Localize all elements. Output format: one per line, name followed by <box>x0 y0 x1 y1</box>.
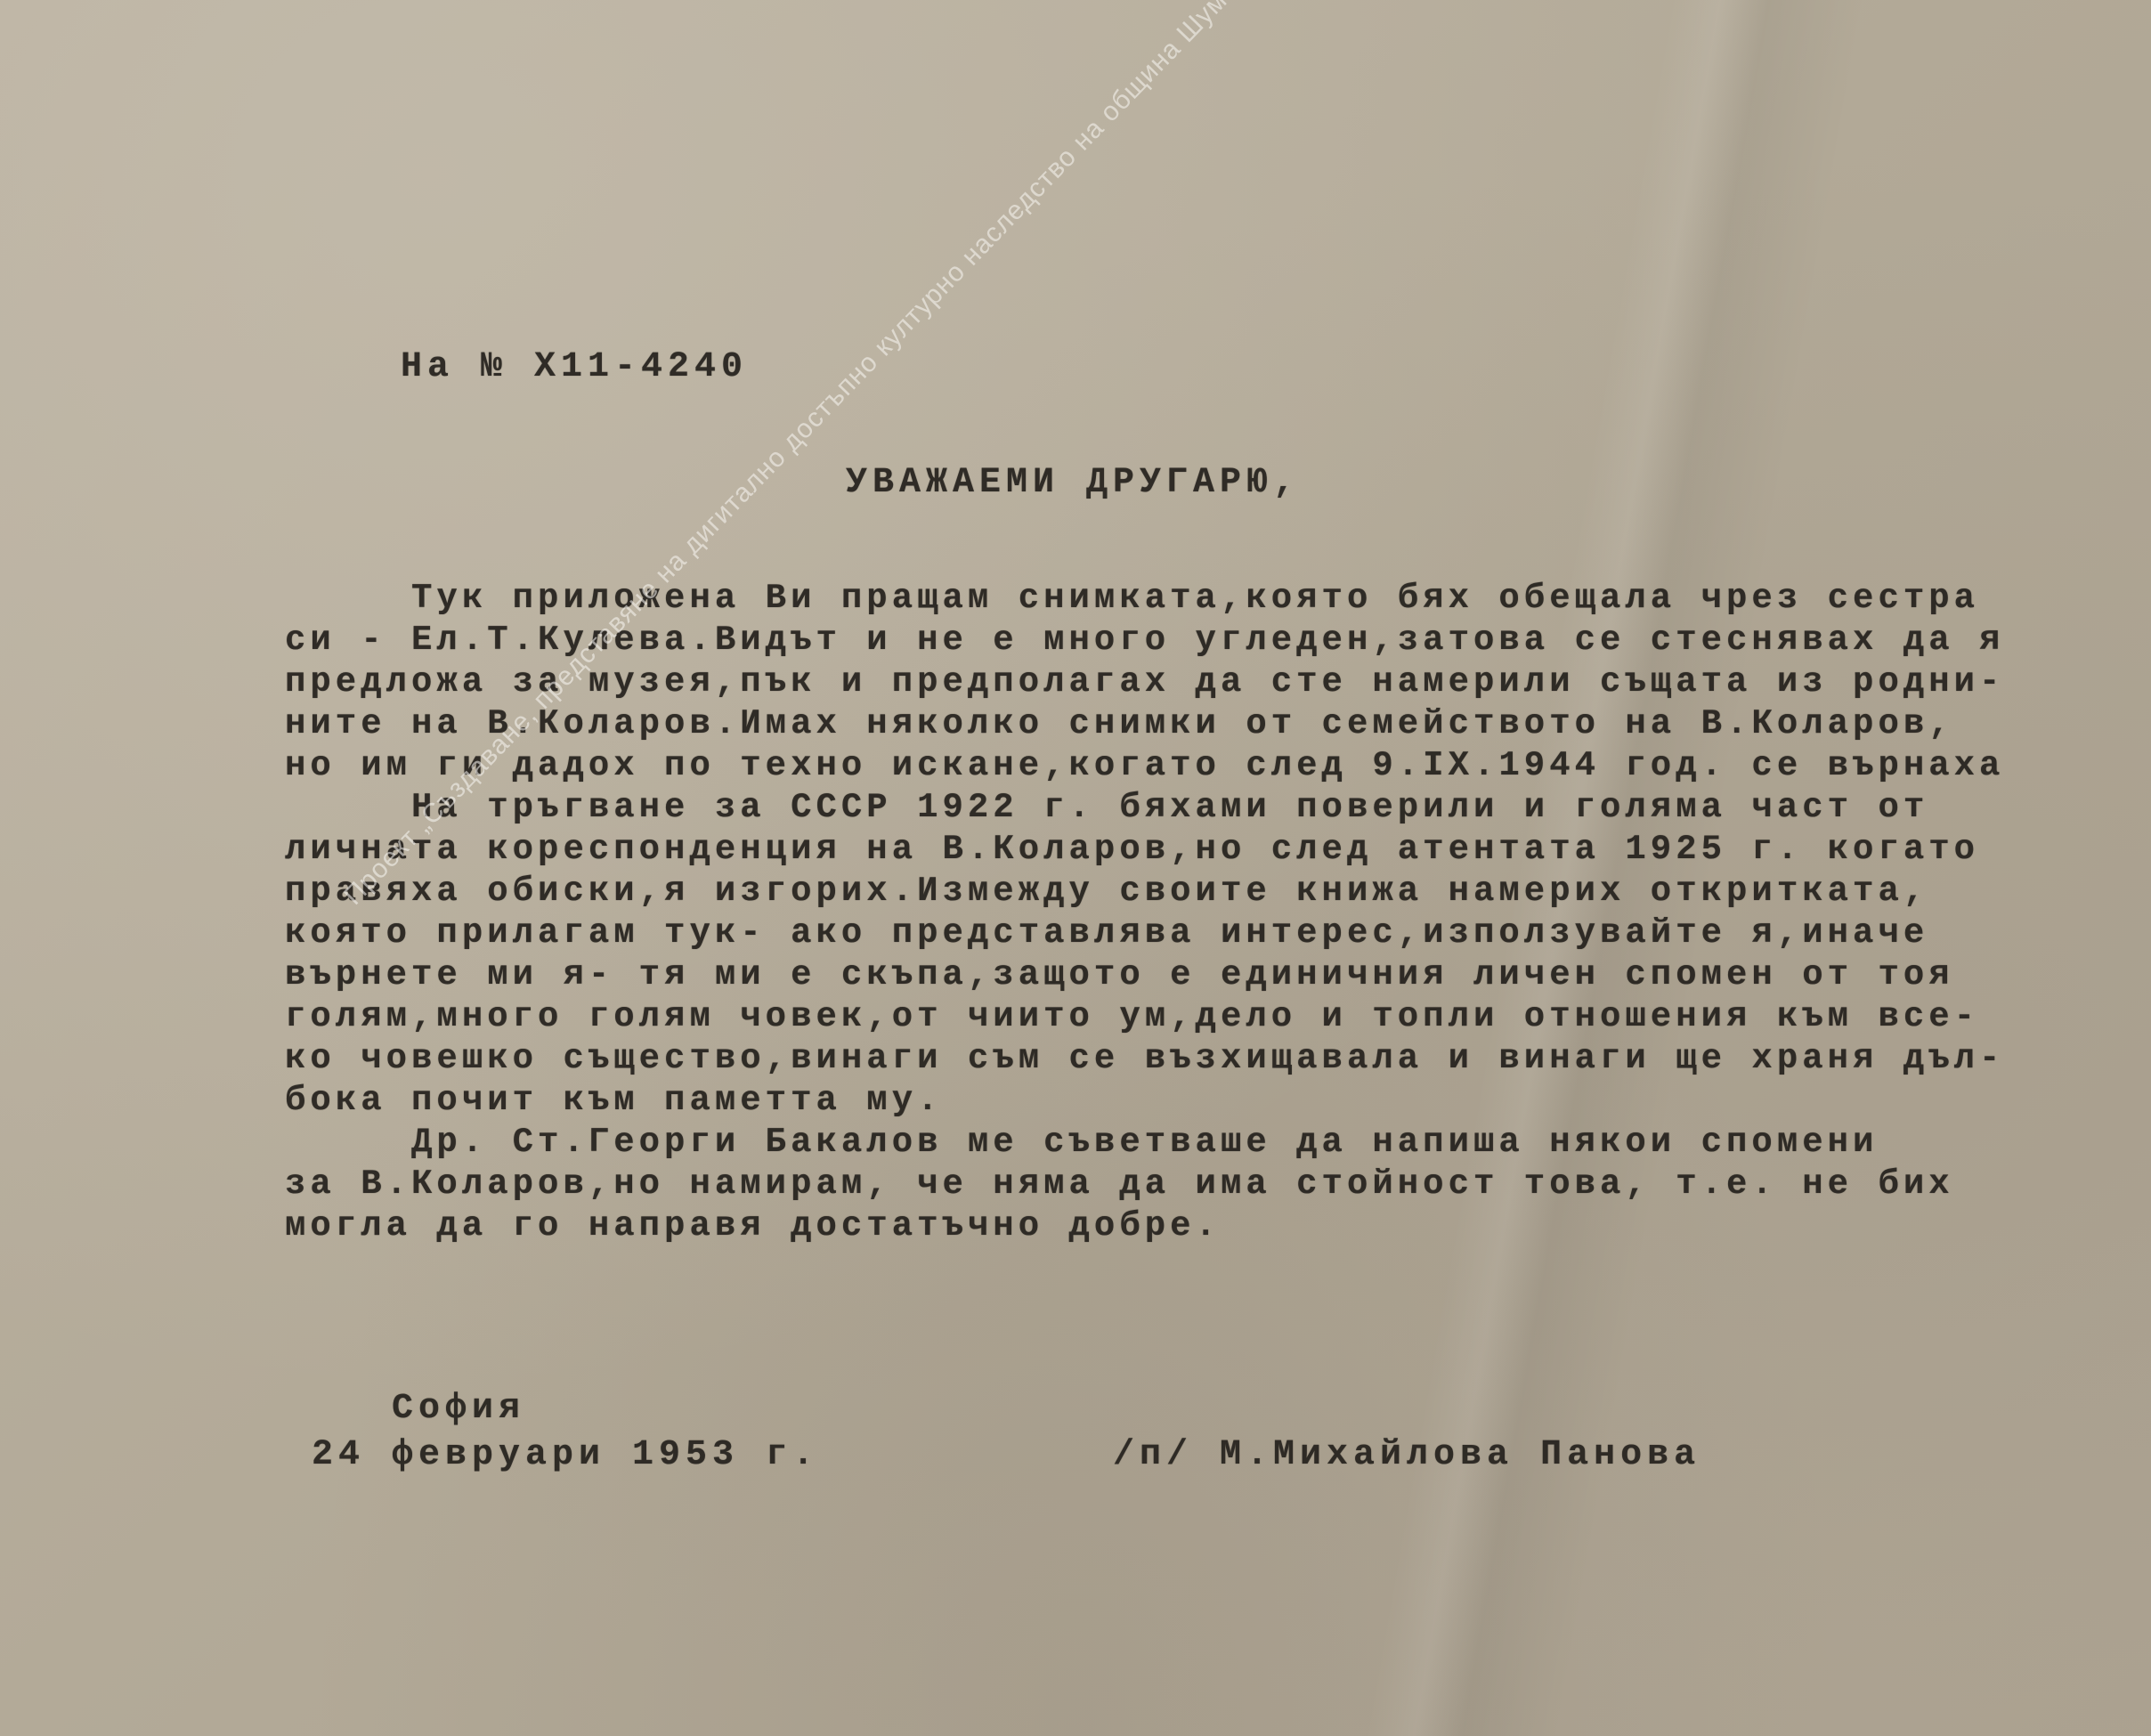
letter-city: София <box>392 1389 525 1429</box>
body-line: Тук приложена Ви пращам снимката,която б… <box>285 579 1979 618</box>
body-line: която прилагам тук- ако представлява инт… <box>285 913 1928 953</box>
letter-signature: /п/ М.Михайлова Панова <box>1113 1435 1701 1475</box>
body-line: бока почит към паметта му. <box>285 1081 943 1120</box>
body-line: правяха обиски,я изгорих.Измежду своите … <box>285 872 1928 911</box>
body-line: ко човешко същество,винаги съм се възхищ… <box>285 1039 2004 1078</box>
reference-number: На № X11-4240 <box>401 347 748 387</box>
body-line: за В.Коларов,но намирам, че няма да има … <box>285 1164 1954 1204</box>
body-line: На тръгване за СССР 1922 г. бяхами повер… <box>285 788 1928 827</box>
body-line: голям,много голям човек,от чиито ум,дело… <box>285 997 1979 1036</box>
letter-greeting: УВАЖАЕМИ ДРУГАРЮ, <box>846 463 1300 503</box>
letter-date: 24 февруари 1953 г. <box>312 1435 819 1475</box>
body-line: си - Ел.Т.Кулева.Видът и не е много угле… <box>285 621 2004 660</box>
body-line: могла да го направя достатъчно добре. <box>285 1206 1221 1245</box>
body-line: но им ги дадох по техно искане,когато сл… <box>285 746 2004 785</box>
body-line: Др. Ст.Георги Бакалов ме съветваше да на… <box>285 1123 1878 1162</box>
body-line: личната кореспонденция на В.Коларов,но с… <box>285 830 1979 869</box>
body-line: върнете ми я- тя ми е скъпа,защото е еди… <box>285 955 1954 994</box>
